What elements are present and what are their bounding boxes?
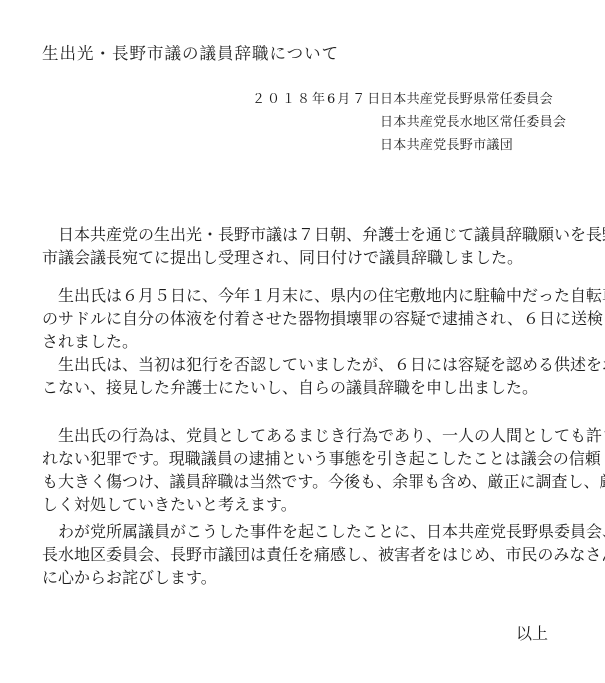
paragraph-line: 生出氏は、当初は犯行を否認していましたが、６日には容疑を認める供述をお — [42, 353, 570, 376]
issuer-2: 日本共産党長水地区常任委員会 — [380, 113, 566, 133]
paragraph-line: 長水地区委員会、長野市議団は責任を痛感し、被害者をはじめ、市民のみなさん — [42, 543, 570, 566]
paragraph-line: こない、接見した弁護士にたいし、自らの議員辞職を申し出ました。 — [42, 376, 570, 399]
issuer-1: 日本共産党長野県常任委員会 — [380, 90, 553, 110]
paragraph-line: も大きく傷つけ、議員辞職は当然です。今後も、余罪も含め、厳正に調査し、厳 — [42, 470, 570, 493]
paragraph-line: しく対処していきたいと考えます。 — [42, 493, 570, 516]
paragraph-4: わが党所属議員がこうした事件を起こしたことに、日本共産党長野県委員会、 長水地区… — [42, 520, 570, 589]
paragraph-2: 生出氏は６月５日に、今年１月末に、県内の住宅敷地内に駐輪中だった自転車 のサドル… — [42, 284, 570, 399]
paragraph-line: 生出氏は６月５日に、今年１月末に、県内の住宅敷地内に駐輪中だった自転車 — [42, 284, 570, 307]
document-title: 生出光・長野市議の議員辞職について — [42, 40, 339, 64]
closing-mark: 以上 — [516, 621, 548, 644]
paragraph-3: 生出氏の行為は、党員としてあるまじき行為であり、一人の人間としても許さ れない犯… — [42, 424, 570, 516]
paragraph-1: 日本共産党の生出光・長野市議は７日朝、弁護士を通じて議員辞職願いを長野 市議会議… — [42, 223, 570, 269]
paragraph-line: されました。 — [42, 330, 570, 353]
paragraph-line: のサドルに自分の体液を付着させた器物損壊罪の容疑で逮捕され、６日に送検 — [42, 307, 570, 330]
paragraph-line: 市議会議長宛てに提出し受理され、同日付けで議員辞職しました。 — [42, 246, 570, 269]
paragraph-line: に心からお詫びします。 — [42, 566, 570, 589]
paragraph-line: 生出氏の行為は、党員としてあるまじき行為であり、一人の人間としても許さ — [42, 424, 570, 447]
issue-date: ２０１８年6月７日 — [252, 90, 382, 110]
paragraph-line: れない犯罪です。現職議員の逮捕という事態を引き起こしたことは議会の信頼 — [42, 447, 570, 470]
paragraph-line: わが党所属議員がこうした事件を起こしたことに、日本共産党長野県委員会、 — [42, 520, 570, 543]
paragraph-line: 日本共産党の生出光・長野市議は７日朝、弁護士を通じて議員辞職願いを長野 — [42, 223, 570, 246]
issuer-3: 日本共産党長野市議団 — [380, 136, 513, 156]
